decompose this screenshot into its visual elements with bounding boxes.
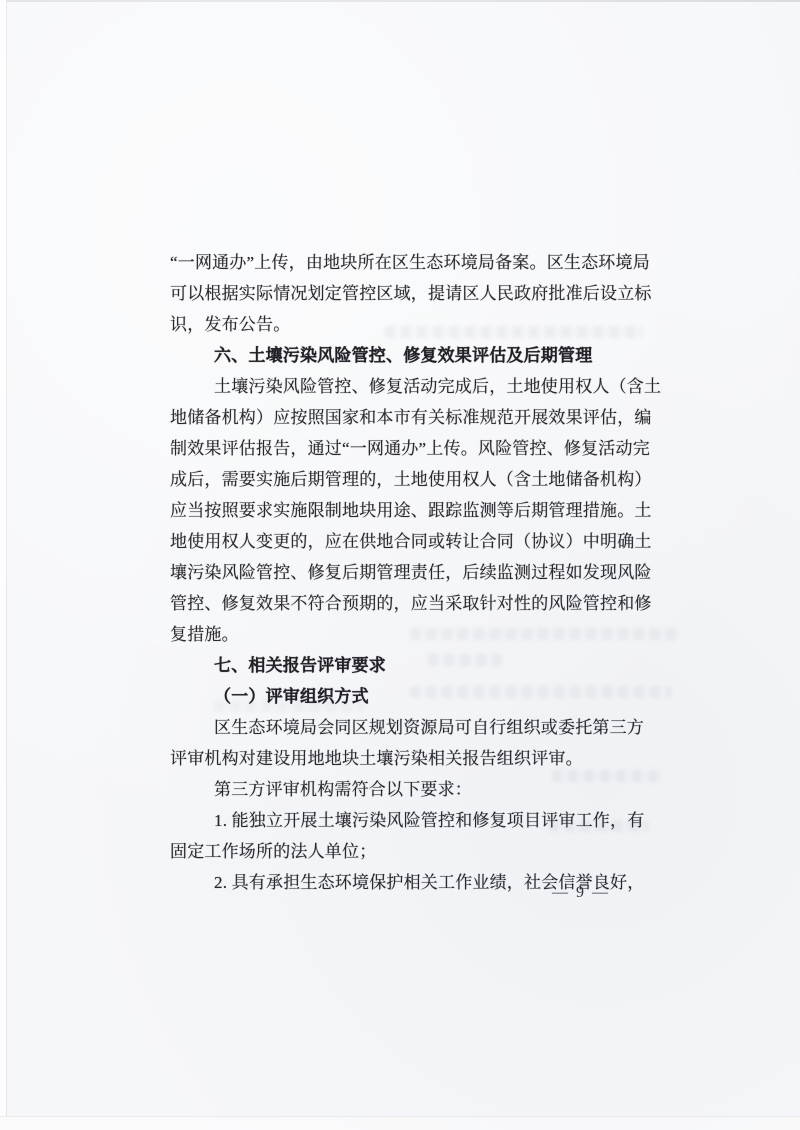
- text-line: 地使用权人变更的，应在供地合同或转让合同（协议）中明确土: [170, 526, 650, 557]
- text-line: “一网通办”上传，由地块所在区生态环境局备案。区生态环境局: [170, 247, 650, 278]
- text-line: 管控、修复效果不符合预期的，应当采取针对性的风险管控和修: [170, 588, 650, 619]
- text-line: 固定工作场所的法人单位；: [170, 836, 650, 867]
- scan-edge-top: [0, 0, 800, 2]
- text-line: 应当按照要求实施限制地块用途、跟踪监测等后期管理措施。土: [170, 495, 650, 526]
- text-line: 制效果评估报告，通过“一网通办”上传。风险管控、修复活动完: [170, 433, 650, 464]
- text-line: 壤污染风险管控、修复后期管理责任，后续监测过程如发现风险: [170, 557, 650, 588]
- heading-line: 六、土壤污染风险管控、修复效果评估及后期管理: [170, 340, 650, 371]
- text-line: 可以根据实际情况划定管控区域，提请区人民政府批准后设立标: [170, 278, 650, 309]
- text-line: 1. 能独立开展土壤污染风险管控和修复项目评审工作，有: [170, 805, 650, 836]
- text-line: 土壤污染风险管控、修复活动完成后，土地使用权人（含土: [170, 371, 650, 402]
- heading-line: （一）评审组织方式: [170, 681, 650, 712]
- scan-edge-bottom: [0, 1116, 800, 1130]
- text-line: 区生态环境局会同区规划资源局可自行组织或委托第三方: [170, 712, 650, 743]
- scan-edge-left: [0, 0, 7, 1130]
- text-line: 复措施。: [170, 619, 650, 650]
- text-line: 评审机构对建设用地地块土壤污染相关报告组织评审。: [170, 743, 650, 774]
- document-lines: “一网通办”上传，由地块所在区生态环境局备案。区生态环境局可以根据实际情况划定管…: [170, 247, 650, 898]
- text-line: 地储备机构）应按照国家和本市有关标准规范开展效果评估，编: [170, 402, 650, 433]
- text-line: 成后，需要实施后期管理的，土地使用权人（含土地储备机构）: [170, 464, 650, 495]
- page-number: — 9 —: [552, 884, 610, 902]
- text-line: 第三方评审机构需符合以下要求：: [170, 774, 650, 805]
- heading-line: 七、相关报告评审要求: [170, 650, 650, 681]
- scanned-document-page: “一网通办”上传，由地块所在区生态环境局备案。区生态环境局可以根据实际情况划定管…: [0, 0, 800, 1130]
- text-line: 识，发布公告。: [170, 309, 650, 340]
